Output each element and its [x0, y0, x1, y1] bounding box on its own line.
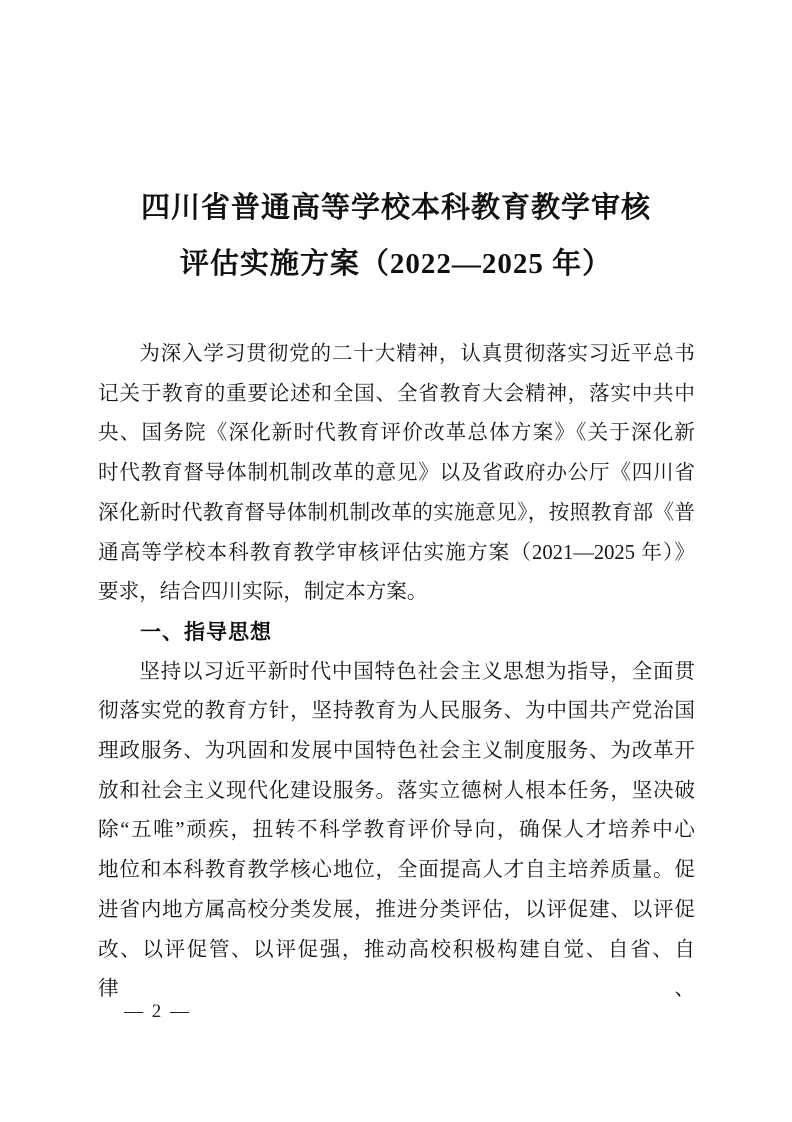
text-line: 记关于教育的重要论述和全国、全省教育大会精神，落实中共中	[98, 375, 695, 415]
section-heading-guiding-ideology: 一、指导思想	[98, 613, 695, 653]
text-line: 时代教育督导体制机制改革的意见》以及省政府办公厅《四川省	[98, 454, 695, 494]
text-line: 坚持以习近平新时代中国特色社会主义思想为指导，全面贯	[98, 653, 695, 693]
paragraph-guiding-ideology: 坚持以习近平新时代中国特色社会主义思想为指导，全面贯彻落实党的教育方针，坚持教育…	[98, 653, 695, 1010]
page-number: — 2 —	[124, 1001, 191, 1023]
text-line: 放和社会主义现代化建设服务。落实立德树人根本任务，坚决破	[98, 772, 695, 812]
text-line: 进省内地方属高校分类发展，推进分类评估，以评促建、以评促	[98, 891, 695, 931]
paragraph-intro: 为深入学习贯彻党的二十大精神，认真贯彻落实习近平总书记关于教育的重要论述和全国、…	[98, 335, 695, 613]
document-page: 四川省普通高等学校本科教育教学审核 评估实施方案（2022—2025 年） 为深…	[0, 0, 792, 1122]
text-line: 要求，结合四川实际，制定本方案。	[98, 573, 695, 613]
text-line: 除“五唯”顽疾，扭转不科学教育评价导向，确保人才培养中心	[98, 811, 695, 851]
document-title: 四川省普通高等学校本科教育教学审核 评估实施方案（2022—2025 年）	[96, 180, 696, 292]
text-line: 央、国务院《深化新时代教育评价改革总体方案》《关于深化新	[98, 414, 695, 454]
text-line: 彻落实党的教育方针，坚持教育为人民服务、为中国共产党治国	[98, 692, 695, 732]
document-body: 为深入学习贯彻党的二十大精神，认真贯彻落实习近平总书记关于教育的重要论述和全国、…	[98, 335, 695, 1010]
text-line: 深化新时代教育督导体制机制改革的实施意见》，按照教育部《普	[98, 494, 695, 534]
text-line: 改、以评促管、以评促强，推动高校积极构建自觉、自省、自律、	[98, 931, 695, 1010]
text-line: 理政服务、为巩固和发展中国特色社会主义制度服务、为改革开	[98, 732, 695, 772]
title-line-1: 四川省普通高等学校本科教育教学审核	[96, 180, 696, 236]
text-line: 为深入学习贯彻党的二十大精神，认真贯彻落实习近平总书	[98, 335, 695, 375]
text-line: 通高等学校本科教育教学审核评估实施方案（2021—2025 年）》	[98, 534, 695, 574]
text-line: 地位和本科教育教学核心地位，全面提高人才自主培养质量。促	[98, 851, 695, 891]
title-line-2: 评估实施方案（2022—2025 年）	[96, 236, 696, 292]
